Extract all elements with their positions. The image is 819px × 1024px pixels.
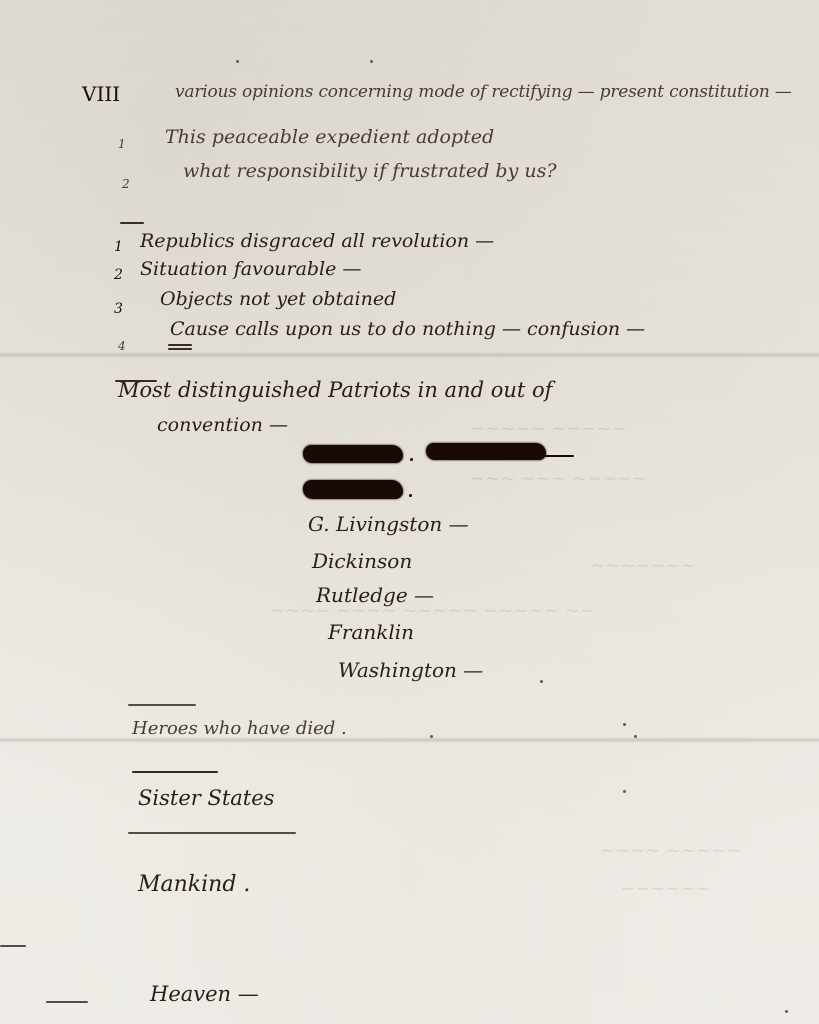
- reason-number: 1: [114, 240, 123, 254]
- ink-dot: [409, 494, 412, 497]
- reason-item: Republics disgraced all revolution —: [140, 232, 494, 251]
- underline-rule: [168, 344, 192, 346]
- bleed-through-text: ~~~~~~~: [590, 555, 696, 576]
- bleed-through-text: ~~~~~ ~~~~~: [470, 418, 627, 439]
- reason-item: Situation favourable —: [140, 260, 361, 279]
- opening-point: This peaceable expedient adopted: [165, 128, 494, 147]
- opening-point: what responsibility if frustrated by us?: [183, 162, 557, 181]
- patriot-name: G. Livingston —: [308, 514, 469, 534]
- struck-out-name: [303, 445, 403, 463]
- patriot-name: Rutledge —: [316, 585, 434, 605]
- patriots-heading-continued: convention —: [157, 416, 288, 435]
- ink-speck: [785, 1010, 788, 1013]
- patriot-name: Franklin: [328, 622, 414, 642]
- reason-number: 4: [118, 340, 126, 352]
- ink-speck: [236, 60, 239, 63]
- manuscript-page: ~~~~~ ~~~~~ ~~~ ~~~ ~~~~~ ~~~~~~~ ~~~~ ~…: [0, 0, 819, 1024]
- ink-speck: [623, 790, 626, 793]
- point-number: 1: [118, 138, 126, 150]
- closing-item: Heaven —: [150, 984, 259, 1005]
- point-number: 2: [122, 178, 130, 190]
- ink-speck: [540, 680, 543, 683]
- reason-number: 3: [114, 302, 123, 316]
- reason-item: Objects not yet obtained: [160, 290, 396, 309]
- reason-item: Cause calls upon us to do nothing — conf…: [170, 320, 645, 339]
- struck-out-name: [426, 443, 546, 460]
- patriot-name: Washington —: [338, 660, 483, 680]
- margin-mark: [0, 945, 26, 947]
- patriots-heading: Most distinguished Patriots in and out o…: [118, 380, 552, 401]
- underline-rule: [168, 348, 192, 350]
- section-number: VIII: [82, 84, 120, 104]
- divider-rule: [132, 771, 218, 773]
- divider-rule: [128, 832, 296, 834]
- strike-tail: [530, 455, 574, 457]
- bleed-through-text: ~~~~ ~~~~~: [600, 840, 741, 861]
- closing-item: Mankind .: [138, 874, 250, 896]
- reason-number: 2: [114, 268, 123, 282]
- ink-speck: [430, 735, 433, 738]
- closing-item: Heroes who have died .: [132, 720, 347, 738]
- patriot-name: Dickinson: [312, 551, 412, 571]
- divider-rule: [120, 222, 144, 224]
- ink-speck: [634, 735, 637, 738]
- divider-rule: [46, 1001, 88, 1003]
- ink-dot: [410, 458, 413, 461]
- divider-rule: [128, 704, 196, 706]
- bleed-through-text: ~~~ ~~~ ~~~~~: [470, 468, 647, 489]
- ink-speck: [370, 60, 373, 63]
- fold-line-lower: [0, 737, 819, 743]
- bleed-through-text: ~~~~~~: [620, 878, 711, 899]
- section-heading: various opinions concerning mode of rect…: [175, 84, 792, 101]
- struck-out-name: [303, 480, 403, 499]
- ink-speck: [623, 723, 626, 726]
- closing-item: Sister States: [138, 788, 274, 809]
